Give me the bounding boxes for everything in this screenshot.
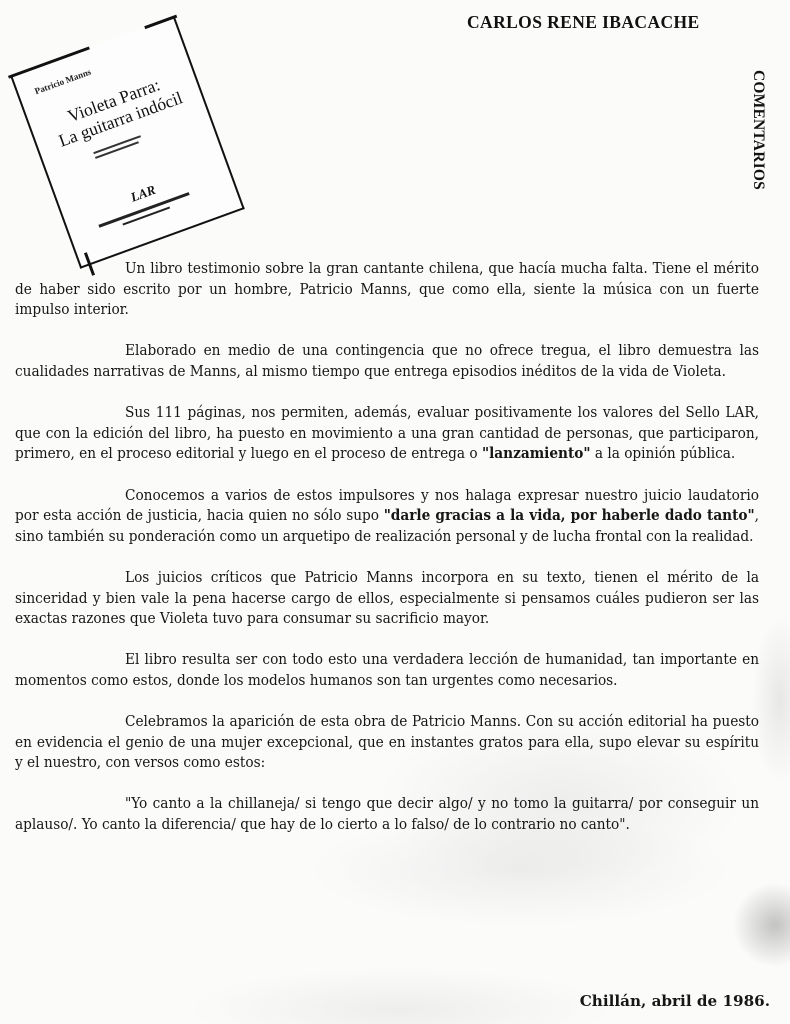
text-run: Los juicios críticos que Patricio Manns … <box>15 568 759 627</box>
section-label: COMENTARIOS <box>749 70 767 190</box>
book-cover-image: Patricio Manns Violeta Parra: La guitarr… <box>10 16 245 268</box>
paragraph: Celebramos la aparición de esta obra de … <box>15 711 759 773</box>
text-run: Un libro testimonio sobre la gran cantan… <box>15 259 759 318</box>
author-header: CARLOS RENE IBACACHE <box>467 12 700 33</box>
quoted-verse: "Yo canto a la chillaneja/ si tengo que … <box>15 793 759 834</box>
text-run: a la opinión pública. <box>591 444 736 462</box>
bold-quote: "lanzamiento" <box>482 444 591 462</box>
paragraph: Elaborado en medio de una contingencia q… <box>15 340 759 381</box>
paragraph: Sus 111 páginas, nos permiten, además, e… <box>15 402 759 464</box>
paragraph: Conocemos a varios de estos impulsores y… <box>15 485 759 547</box>
signoff-place-date: Chillán, abril de 1986. <box>580 992 770 1010</box>
text-run: El libro resulta ser con todo esto una v… <box>15 650 759 689</box>
article-body: Un libro testimonio sobre la gran cantan… <box>15 258 759 835</box>
paragraph: El libro resulta ser con todo esto una v… <box>15 649 759 690</box>
text-run: Elaborado en medio de una contingencia q… <box>15 341 759 380</box>
bold-quote: "darle gracias a la vida, por haberle da… <box>384 506 755 524</box>
text-run: "Yo canto a la chillaneja/ si tengo que … <box>15 794 759 833</box>
text-run: Celebramos la aparición de esta obra de … <box>15 712 759 771</box>
paragraph: Un libro testimonio sobre la gran cantan… <box>15 258 759 320</box>
paragraph: Los juicios críticos que Patricio Manns … <box>15 567 759 629</box>
